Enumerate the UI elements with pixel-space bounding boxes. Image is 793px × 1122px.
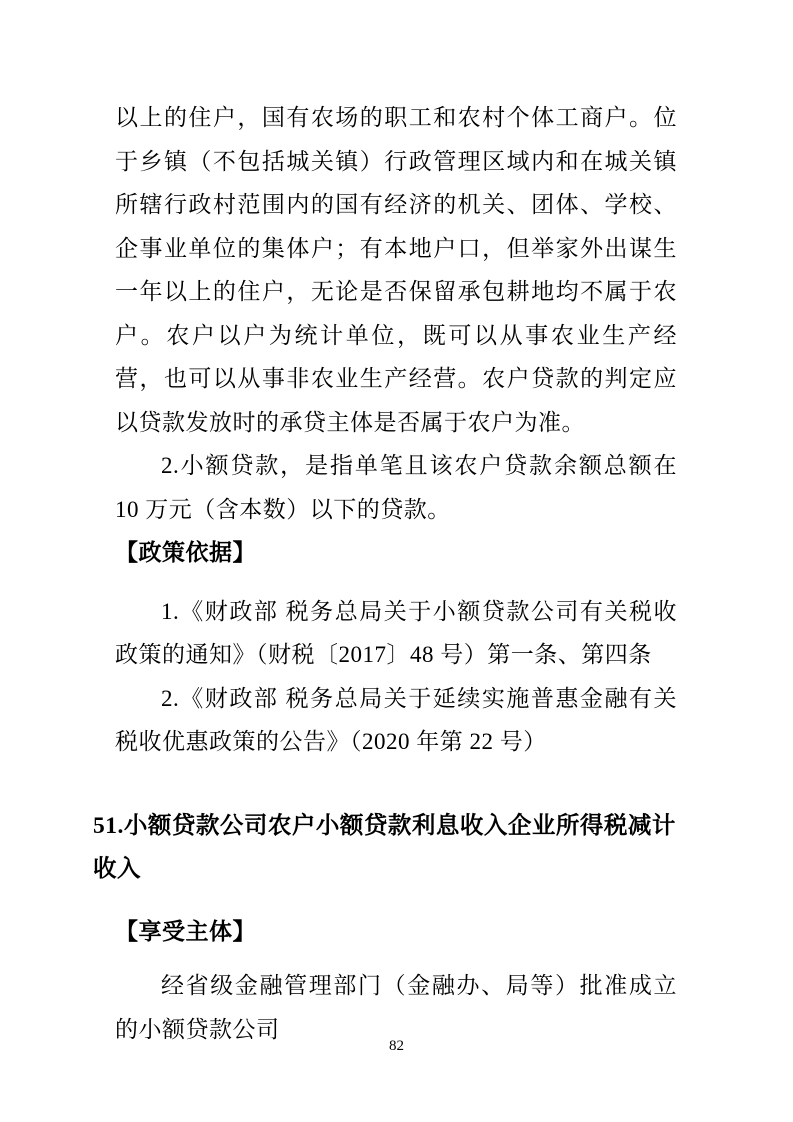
policy-reference-2: 2.《财政部 税务总局关于延续实施普惠金融有关税收优惠政策的公告》（2020 年… (115, 677, 677, 764)
document-content: 以上的住户，国有农场的职工和农村个体工商户。位于乡镇（不包括城关镇）行政管理区域… (115, 96, 677, 1051)
paragraph-farmer-household-definition: 以上的住户，国有农场的职工和农村个体工商户。位于乡镇（不包括城关镇）行政管理区域… (115, 96, 677, 444)
policy-basis-header: 【政策依据】 (115, 531, 677, 575)
beneficiary-header: 【享受主体】 (115, 910, 677, 954)
item-51-heading: 51.小额贷款公司农户小额贷款利息收入企业所得税减计收入 (93, 805, 677, 892)
document-page: 以上的住户，国有农场的职工和农村个体工商户。位于乡镇（不包括城关镇）行政管理区域… (0, 0, 793, 1122)
policy-reference-1: 1.《财政部 税务总局关于小额贷款公司有关税收政策的通知》（财税〔2017〕48… (115, 590, 677, 677)
paragraph-small-loan-definition: 2.小额贷款，是指单笔且该农户贷款余额总额在 10 万元（含本数）以下的贷款。 (115, 444, 677, 531)
page-number: 82 (0, 1036, 793, 1056)
